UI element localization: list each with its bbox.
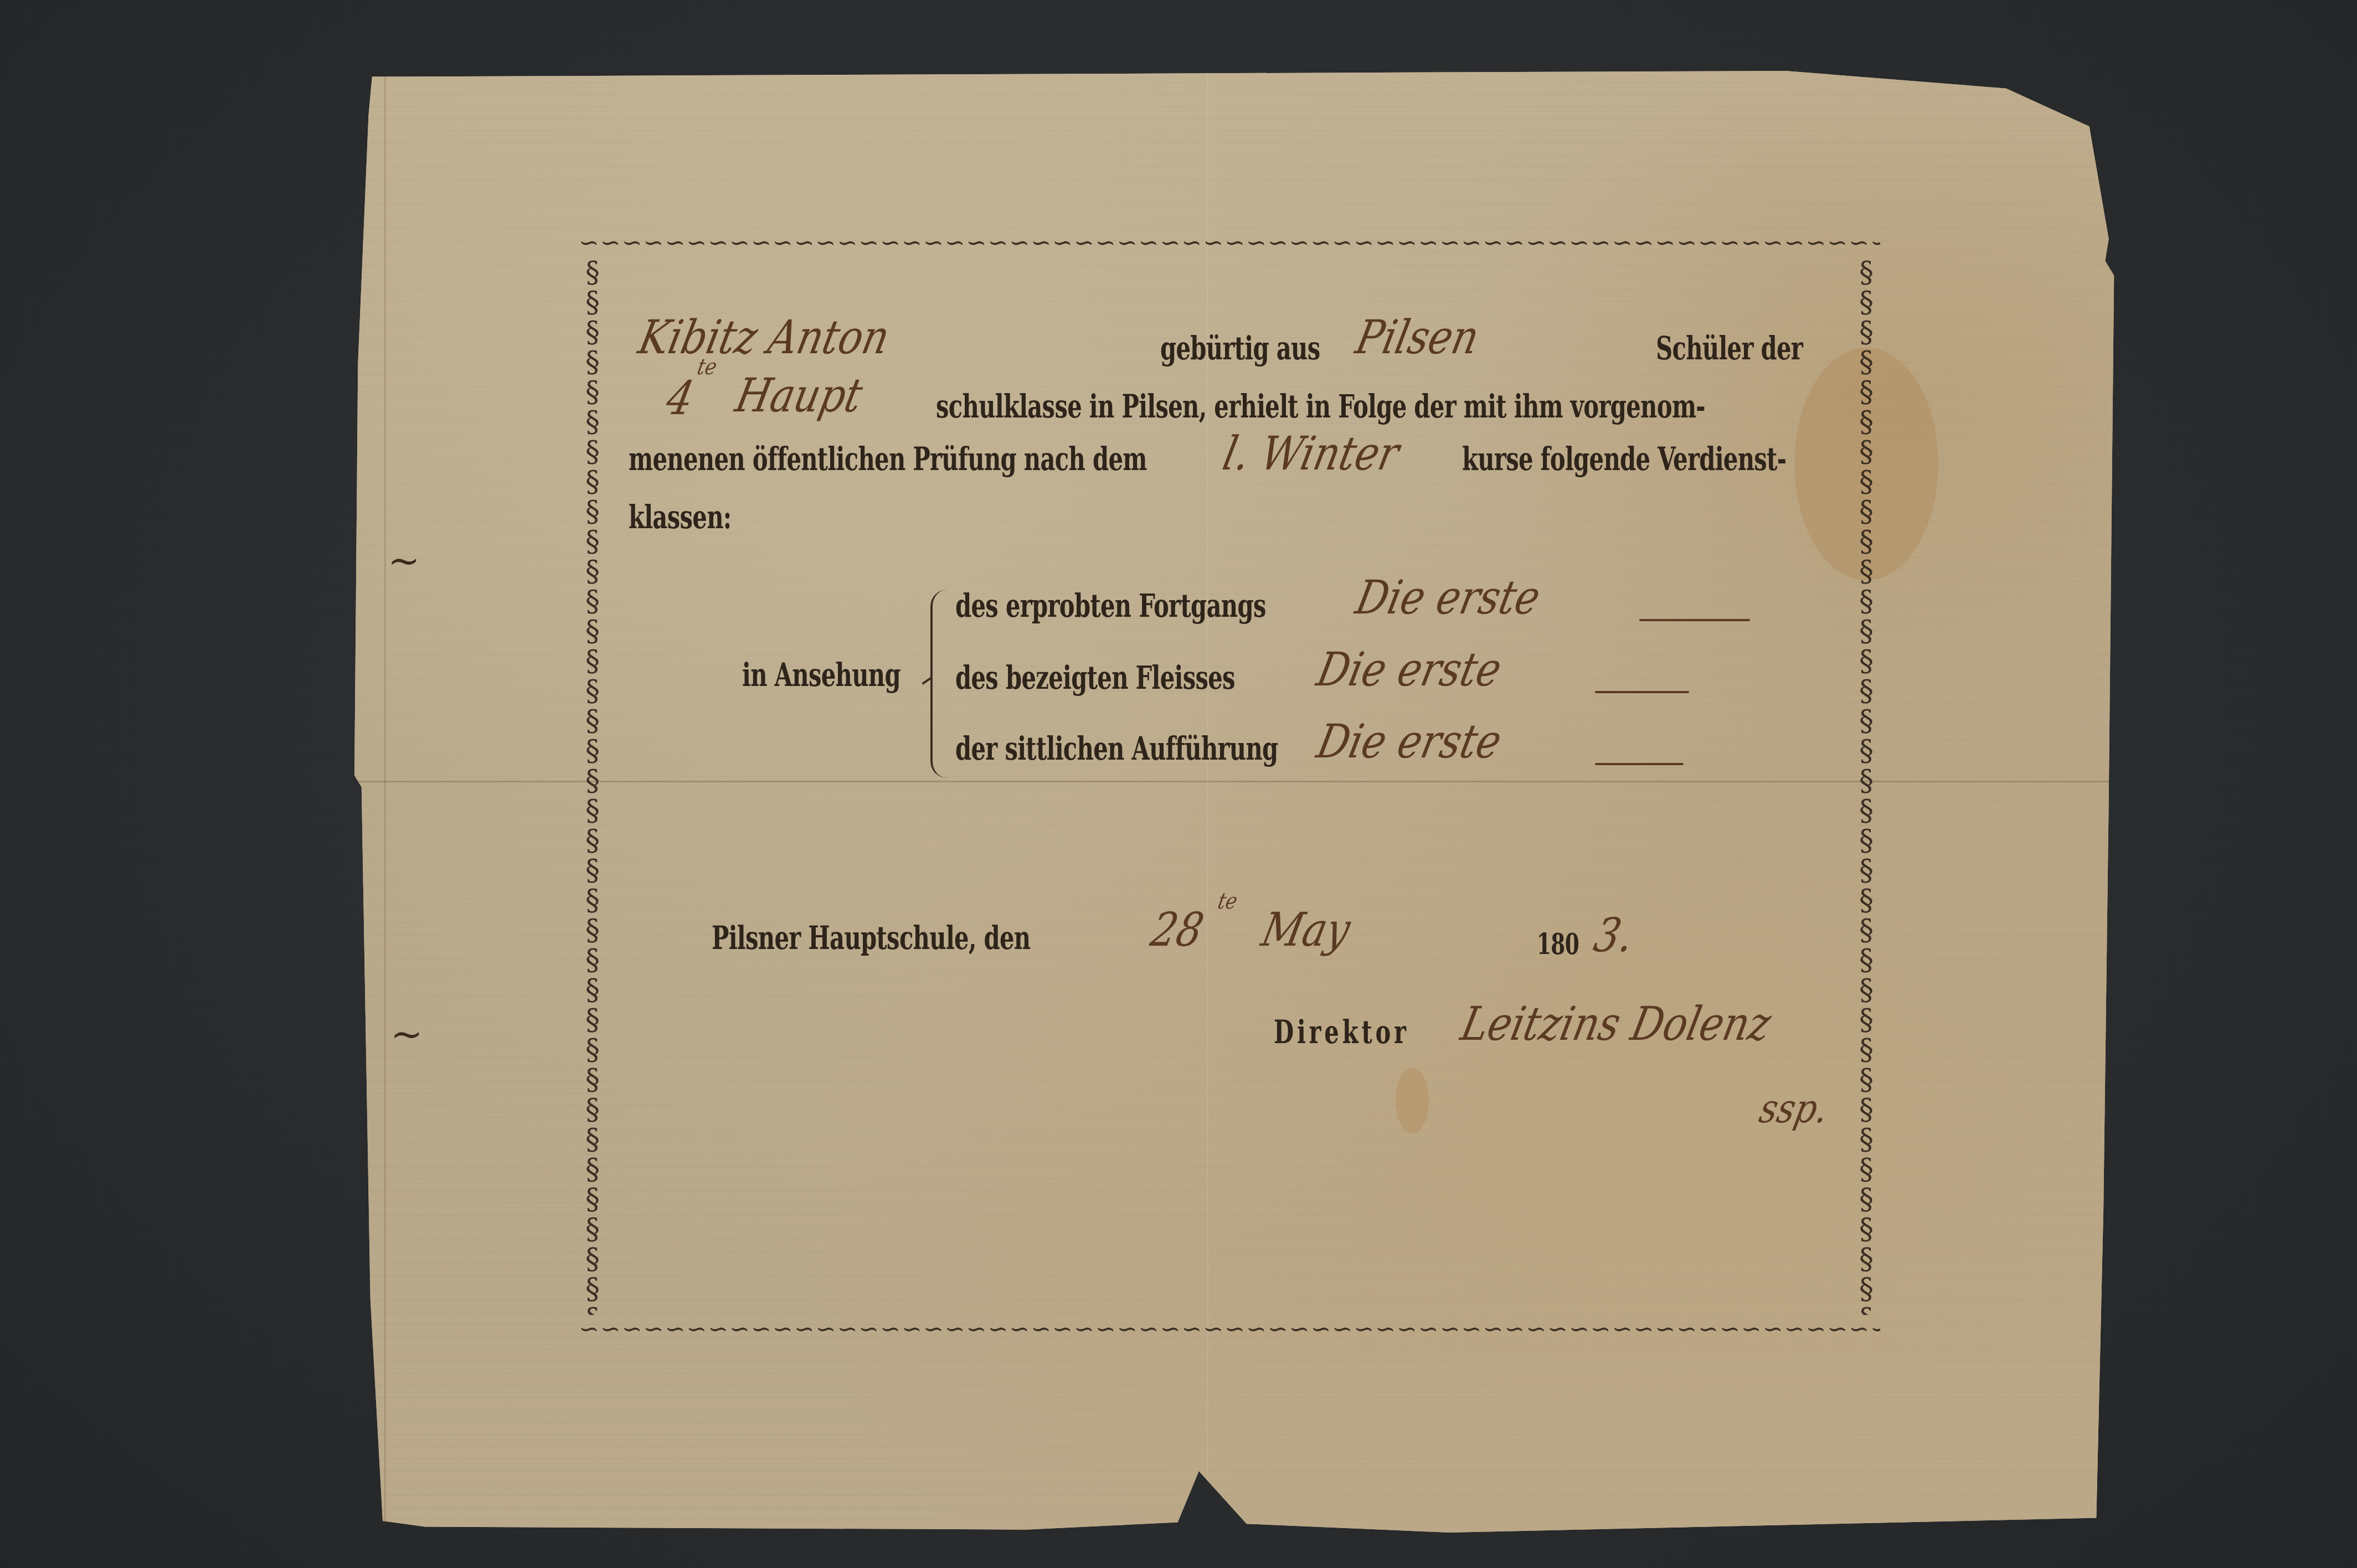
border-glyphs-left: §§§§§§§§§§§§§§§§§§§§§§§§§§§§§§§§§§§§	[585, 257, 600, 1315]
border-left: §§§§§§§§§§§§§§§§§§§§§§§§§§§§§§§§§§§§	[579, 257, 606, 1315]
grades-brace	[930, 590, 949, 778]
term: l. Winter	[1218, 426, 1404, 481]
place-label: Pilsner Hauptschule, den	[712, 919, 1031, 957]
grade-value: Die erste	[1351, 570, 1545, 625]
margin-mark: ~	[390, 1015, 423, 1054]
line3-text-after: kurse folgende Verdienst-	[1462, 440, 1786, 478]
date-month: May	[1257, 902, 1355, 957]
line2-text: schulklasse in Pilsen, erhielt in Folge …	[936, 388, 1705, 425]
line4-text: klassen:	[629, 498, 731, 536]
grade-value: Die erste	[1313, 714, 1506, 768]
director-signature: Leitzins Dolenz	[1457, 997, 1776, 1051]
border-right: §§§§§§§§§§§§§§§§§§§§§§§§§§§§§§§§§§§§	[1852, 257, 1880, 1315]
grades-label: in Ansehung	[742, 656, 900, 694]
grade-value: Die erste	[1313, 642, 1506, 697]
line3-text-before: menenen öffentlichen Prüfung nach dem	[629, 440, 1147, 478]
signature-paraph: ssp.	[1756, 1085, 1833, 1132]
grade-criterion: des erprobten Fortgangs	[955, 587, 1266, 625]
student-name: Kibitz Anton	[634, 310, 894, 364]
paper-edge-fold	[384, 71, 386, 1533]
border-glyphs-bottom: ∽∽∽∽∽∽∽∽∽∽∽∽∽∽∽∽∽∽∽∽∽∽∽∽∽∽∽∽∽∽∽∽∽∽∽∽∽∽∽∽…	[579, 1316, 1880, 1343]
border-top: ∽∽∽∽∽∽∽∽∽∽∽∽∽∽∽∽∽∽∽∽∽∽∽∽∽∽∽∽∽∽∽∽∽∽∽∽∽∽∽∽…	[579, 230, 1880, 256]
border-glyphs-right: §§§§§§§§§§§§§§§§§§§§§§§§§§§§§§§§§§§§	[1859, 257, 1874, 1315]
grade-criterion: der sittlichen Aufführung	[955, 730, 1278, 767]
grade-flourish	[1595, 763, 1684, 765]
margin-mark: ~	[388, 541, 420, 580]
class-type: Haupt	[731, 368, 867, 422]
born-label: gebürtig aus	[1160, 329, 1320, 367]
border-bottom: ∽∽∽∽∽∽∽∽∽∽∽∽∽∽∽∽∽∽∽∽∽∽∽∽∽∽∽∽∽∽∽∽∽∽∽∽∽∽∽∽…	[579, 1316, 1880, 1343]
grade-flourish	[1639, 619, 1750, 621]
pupil-label: Schüler der	[1656, 329, 1803, 367]
director-label: Direktor	[1274, 1013, 1409, 1051]
birthplace: Pilsen	[1351, 310, 1484, 364]
border-glyphs-top: ∽∽∽∽∽∽∽∽∽∽∽∽∽∽∽∽∽∽∽∽∽∽∽∽∽∽∽∽∽∽∽∽∽∽∽∽∽∽∽∽…	[579, 230, 1880, 256]
grade-flourish	[1595, 691, 1689, 693]
year-printed: 180	[1537, 927, 1579, 961]
grade-criterion: des bezeigten Fleisses	[955, 659, 1235, 697]
